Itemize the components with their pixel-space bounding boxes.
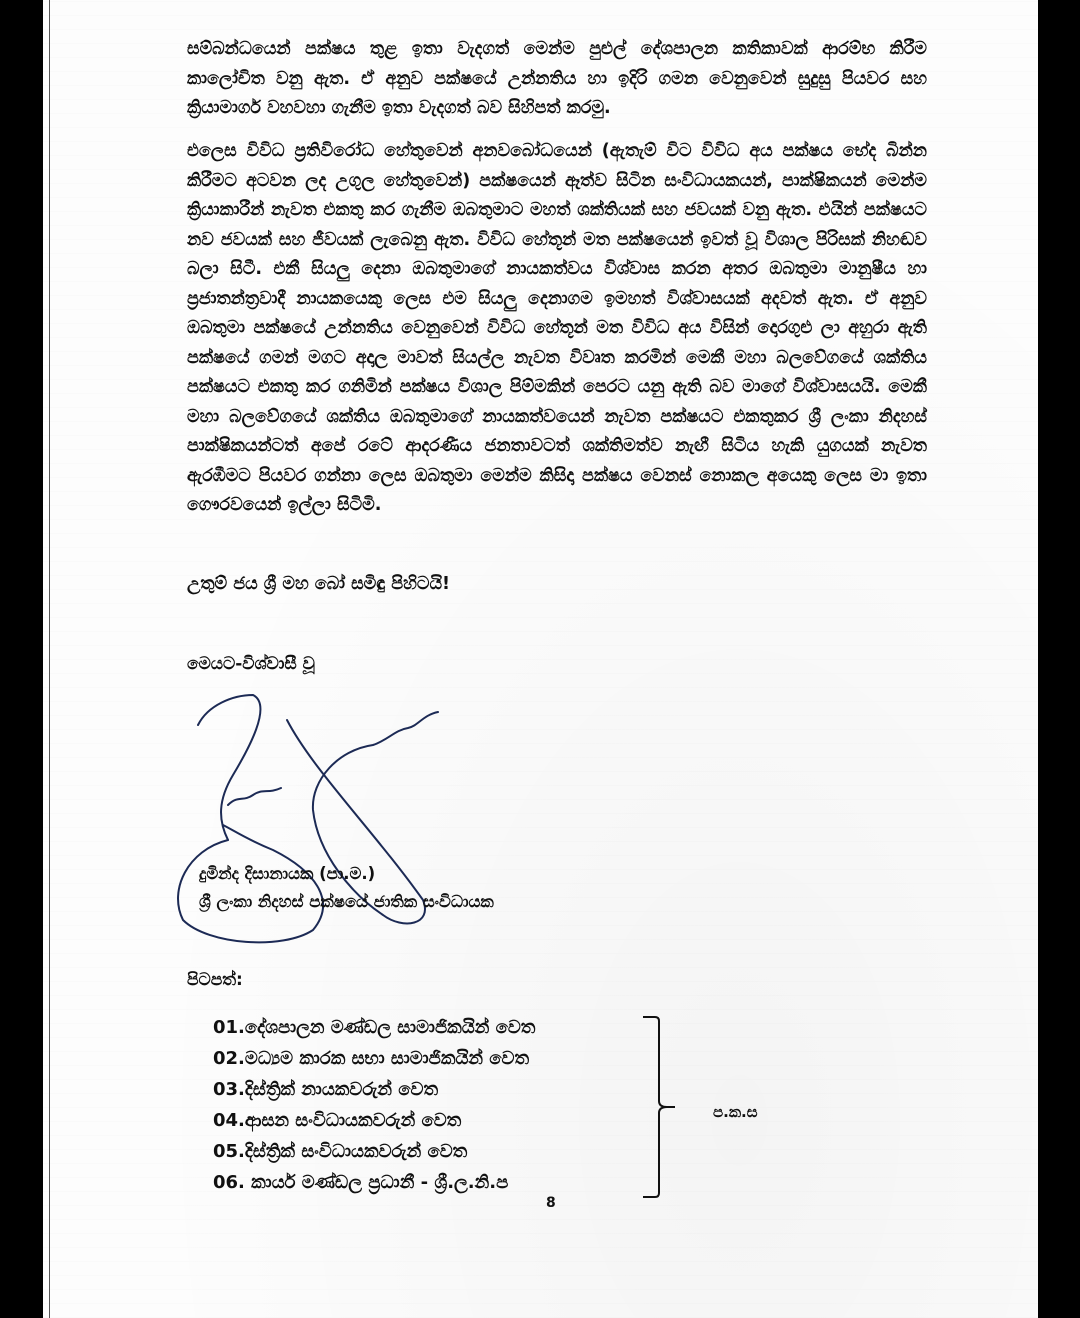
copies-list: 01.දේශපාලන මණ්ඩල සාමාජිකයින් වෙත 02.මධ්‍… [213, 1012, 535, 1198]
copy-recipient: 02.මධ්‍යම කාරක සභා සාමාජිකයින් වෙත [213, 1043, 535, 1074]
blessing-line: උතුම් ජය ශ්‍රී මහ බෝ සමිඳු පිහිටයි! [187, 574, 450, 594]
copies-label: පිටපත්: [187, 970, 243, 990]
copy-recipient: 06. කාර්ය මණ්ඩල ප්‍රධානී - ශ්‍රී.ල.නි.ප [213, 1167, 535, 1198]
copies-group-label: ප.ක.ස [713, 1103, 758, 1121]
page-number: 8 [546, 1195, 556, 1211]
closing-salutation: මෙයට-විශ්වාසී වූ [187, 654, 315, 674]
copy-recipient: 01.දේශපාලන මණ්ඩල සාමාජිකයින් වෙත [213, 1012, 535, 1043]
copy-recipient: 03.දිස්ත්‍රික් නායකවරුන් වෙත [213, 1074, 535, 1105]
signer-name: දුමින්ද දිසානායක (පා.ම.) [199, 864, 375, 884]
signer-title: ශ්‍රී ලංකා නිදහස් පක්ෂයේ ජාතික සංවිධායක [199, 892, 494, 912]
copy-recipient: 05.දිස්ත්‍රික් සංවිධායකවරුන් වෙත [213, 1136, 535, 1167]
document-page: සම්බන්ධයෙන් පක්ෂය තුළ ඉතා වැදගත් මෙන්ම ප… [43, 0, 1038, 1318]
body-paragraph-1: සම්බන්ධයෙන් පක්ෂය තුළ ඉතා වැදගත් මෙන්ම ප… [187, 35, 927, 124]
copy-recipient: 04.ආසන සංවිධායකවරුන් වෙත [213, 1105, 535, 1136]
body-paragraph-2: එලෙස විවිධ ප්‍රතිවිරෝධ හේතුවෙන් අනවබෝධයෙ… [187, 137, 927, 521]
right-curly-bracket [641, 1015, 681, 1199]
page-edge-line [49, 0, 50, 1318]
